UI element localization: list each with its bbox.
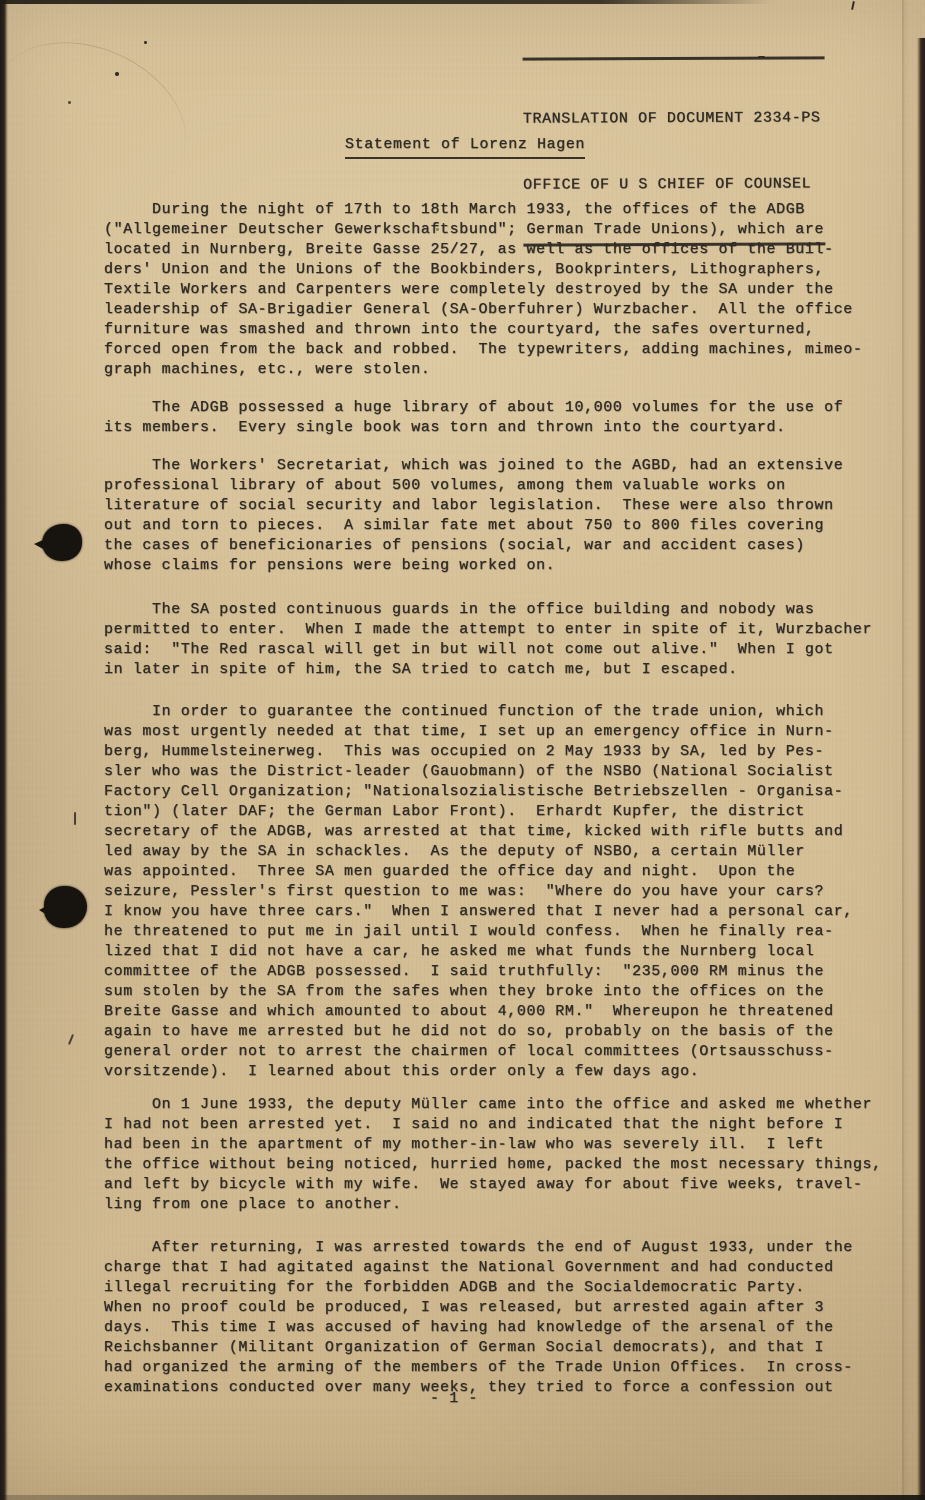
ink-blot-1 xyxy=(42,524,82,561)
paragraph-5: In order to guarantee the continued func… xyxy=(104,702,920,1082)
paper-speck xyxy=(851,1,855,10)
paper-speck xyxy=(436,228,439,231)
paper-speck xyxy=(74,812,76,825)
paper-speck xyxy=(115,72,119,76)
paper-speck xyxy=(68,1034,74,1045)
paragraph-2: The ADGB possessed a huge library of abo… xyxy=(104,398,920,438)
page-edge-top xyxy=(0,0,772,4)
document-page: TRANSLATION OF DOCUMENT 2334-PS OFFICE O… xyxy=(0,0,925,1500)
paragraph-4: The SA posted continuous guards in the o… xyxy=(104,600,920,680)
paper-speck xyxy=(144,41,147,44)
paragraph-7: After returning, I was arrested towards … xyxy=(104,1238,920,1398)
document-title: Statement of Lorenz Hagen xyxy=(345,135,585,159)
corner-crease xyxy=(0,13,210,223)
stamp-line-2: OFFICE OF U S CHIEF OF COUNSEL xyxy=(523,173,825,196)
paper-speck xyxy=(520,1163,523,1165)
paper-speck xyxy=(758,56,765,58)
paragraph-1: During the night of 17th to 18th March 1… xyxy=(104,200,920,380)
paragraph-6: On 1 June 1933, the deputy Müller came i… xyxy=(104,1095,920,1215)
stamp-line-1: TRANSLATION OF DOCUMENT 2334-PS xyxy=(523,107,825,130)
page-edge-bottom xyxy=(0,1495,925,1500)
paragraph-3: The Workers' Secretariat, which was join… xyxy=(104,456,920,576)
page-number: - 1 - xyxy=(430,1390,478,1407)
page-edge-left xyxy=(0,0,8,1500)
paper-speck xyxy=(68,101,71,104)
ink-blot-2 xyxy=(44,886,87,928)
